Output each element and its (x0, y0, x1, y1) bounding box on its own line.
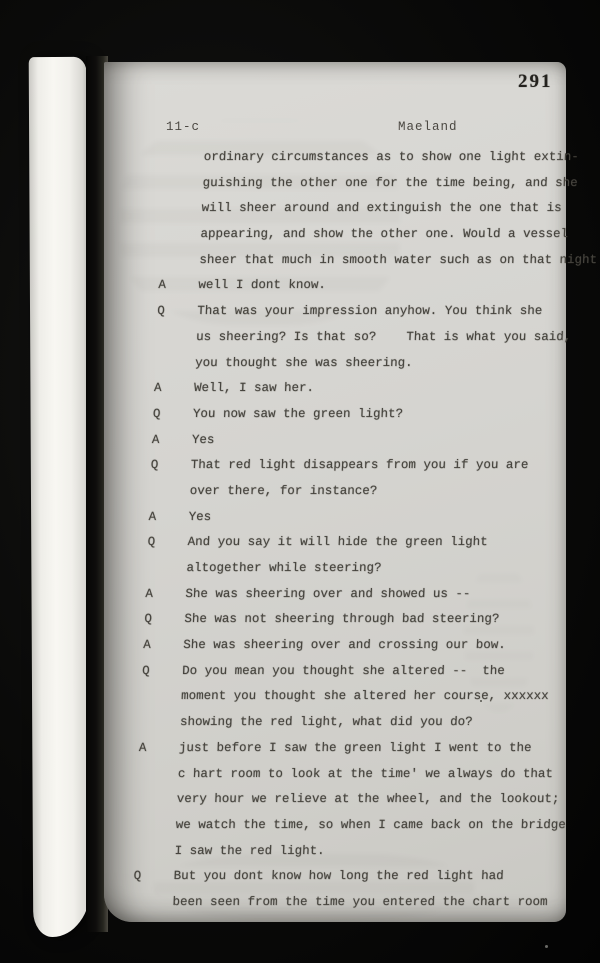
transcript-line: moment you thought she altered her cours… (140, 689, 541, 715)
qa-prefix: A (158, 278, 199, 292)
transcript-line: QBut you dont know how long the red ligh… (133, 869, 534, 895)
transcript-line: QAnd you say it will hide the green ligh… (147, 535, 548, 561)
witness-name: Maeland (398, 120, 458, 134)
transcript-line: AShe was sheering over and showed us -- (145, 587, 546, 613)
line-text: Well, I saw her. (194, 381, 315, 395)
line-text: just before I saw the green light I went… (179, 741, 532, 755)
transcript-line: QDo you mean you thought she altered -- … (141, 664, 542, 690)
line-text: sheer that much in smooth water such as … (199, 253, 597, 267)
line-text: will sheer around and extinguish the one… (201, 201, 562, 215)
line-text: Yes (188, 510, 211, 524)
qa-prefix: Q (144, 612, 185, 626)
previous-page-edge (29, 57, 92, 937)
line-text: we watch the time, so when I came back o… (175, 818, 566, 832)
line-text: You now saw the green light? (193, 407, 404, 421)
line-text: us sheering? Is that so? That is what yo… (196, 330, 572, 344)
line-text: That was your impression anyhow. You thi… (197, 304, 543, 318)
transcript-line: AShe was sheering over and crossing our … (142, 638, 543, 664)
line-text: ordinary circumstances as to show one li… (203, 150, 579, 164)
transcript-body: ordinary circumstances as to show one li… (132, 150, 564, 921)
transcript-line: QShe was not sheering through bad steeri… (144, 612, 545, 638)
transcript-line: over there, for instance? (149, 484, 550, 510)
transcript-line: guishing the other one for the time bein… (162, 176, 563, 202)
line-text: very hour we relieve at the wheel, and t… (176, 792, 559, 806)
dust-speck (545, 945, 548, 948)
line-text: over there, for instance? (189, 484, 377, 498)
transcript-line: sheer that much in smooth water such as … (159, 253, 560, 279)
transcript-line: AYes (151, 433, 552, 459)
line-text: well I dont know. (198, 278, 326, 292)
qa-prefix: Q (153, 407, 194, 421)
line-text: And you say it will hide the green light (187, 535, 488, 549)
line-text: altogether while steering? (186, 561, 382, 575)
line-text: been seen from the time you entered the … (172, 895, 548, 909)
line-text: That red light disappears from you if yo… (190, 458, 528, 472)
transcript-line: will sheer around and extinguish the one… (161, 201, 562, 227)
qa-prefix: A (154, 381, 195, 395)
transcript-line: altogether while steering? (146, 561, 547, 587)
qa-prefix: Q (147, 535, 188, 549)
transcript-page: 291 11-c Maeland ordinary circumstances … (104, 62, 566, 922)
line-text: She was sheering over and crossing our b… (183, 638, 506, 652)
transcript-line: appearing, and show the other one. Would… (160, 227, 561, 253)
line-text: But you dont know how long the red light… (173, 869, 504, 883)
transcript-line: c hart room to look at the time' we alwa… (137, 767, 538, 793)
line-text: appearing, and show the other one. Would… (200, 227, 568, 241)
dust-speck (480, 700, 482, 702)
line-text: Do you mean you thought she altered -- t… (182, 664, 505, 678)
qa-prefix: A (148, 510, 189, 524)
line-text: I saw the red light. (174, 844, 325, 858)
page-number: 291 (518, 71, 553, 93)
line-text: Yes (192, 433, 215, 447)
transcript-line: very hour we relieve at the wheel, and t… (136, 792, 537, 818)
transcript-line: ordinary circumstances as to show one li… (163, 150, 564, 176)
page-header: 11-c Maeland (104, 120, 566, 138)
qa-prefix: Q (142, 664, 183, 678)
line-text: She was sheering over and showed us -- (185, 587, 471, 601)
transcript-line: you thought she was sheering. (154, 356, 555, 382)
transcript-line: been seen from the time you entered the … (132, 895, 533, 921)
transcript-line: AWell, I saw her. (153, 381, 554, 407)
qa-prefix: A (139, 741, 180, 755)
transcript-line: I saw the red light. (134, 844, 535, 870)
transcript-line: AYes (148, 510, 549, 536)
scanned-document-photo: 291 11-c Maeland ordinary circumstances … (0, 0, 600, 963)
line-text: guishing the other one for the time bein… (202, 176, 578, 190)
transcript-line: us sheering? Is that so? That is what yo… (155, 330, 556, 356)
transcript-line: showing the red light, what did you do? (139, 715, 540, 741)
transcript-line: we watch the time, so when I came back o… (135, 818, 536, 844)
exhibit-code: 11-c (166, 120, 200, 134)
line-text: showing the red light, what did you do? (180, 715, 473, 729)
transcript-line: QYou now saw the green light? (152, 407, 553, 433)
qa-prefix: Q (133, 869, 174, 883)
transcript-line: Ajust before I saw the green light I wen… (138, 741, 539, 767)
qa-prefix: Q (157, 304, 198, 318)
line-text: c hart room to look at the time' we alwa… (178, 767, 554, 781)
line-text: moment you thought she altered her cours… (181, 689, 549, 703)
qa-prefix: A (145, 587, 186, 601)
transcript-line: Awell I dont know. (158, 278, 559, 304)
transcript-line: QThat red light disappears from you if y… (150, 458, 551, 484)
qa-prefix: A (143, 638, 184, 652)
line-text: She was not sheering through bad steerin… (184, 612, 500, 626)
qa-prefix: A (152, 433, 193, 447)
line-text: you thought she was sheering. (195, 356, 413, 370)
transcript-line: QThat was your impression anyhow. You th… (156, 304, 557, 330)
qa-prefix: Q (150, 458, 191, 472)
